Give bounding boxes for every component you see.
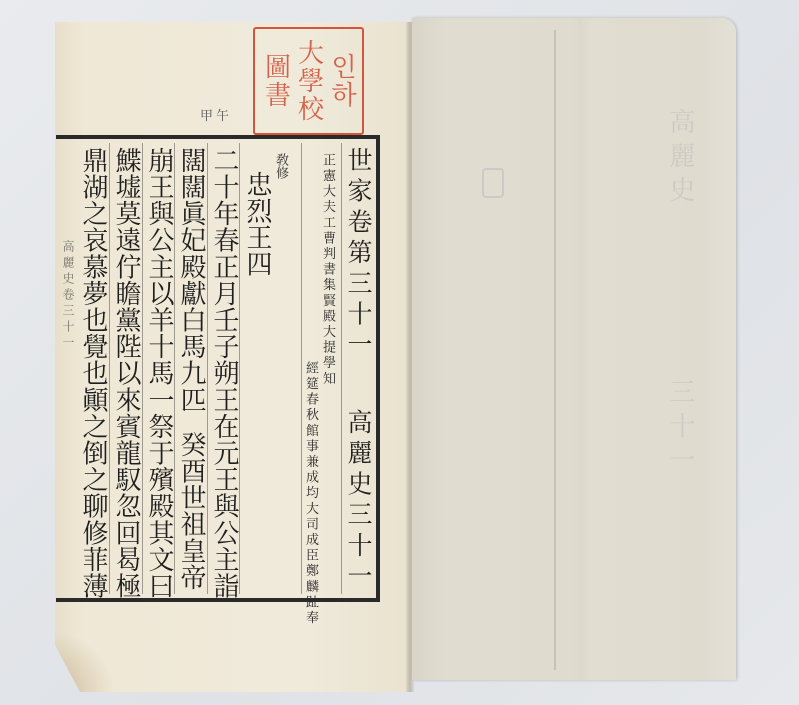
attribution-suffix: 敎修	[274, 153, 287, 179]
reign-heading: 忠烈王四	[244, 171, 270, 277]
text-column-5: 鼎湖之哀慕夢也覺也顚之倒之聊修菲薄	[80, 147, 106, 599]
seal-column: 大學校	[296, 39, 322, 123]
show-through-text: 高麗史	[662, 108, 699, 210]
faint-stamp-mark	[482, 168, 504, 198]
burn-stain	[55, 632, 115, 692]
text-column-4: 鰈墟莫遠佇瞻黨陛以來賓龍馭忽回曷極	[113, 147, 139, 599]
book-title: 高麗史三十一	[346, 409, 371, 593]
chapter-title: 世家卷第三十一	[346, 147, 371, 362]
library-seal: 인하 大學校 圖書	[253, 27, 364, 135]
column-rule	[174, 143, 175, 594]
attribution-line-1: 正憲大夫工曹判書集賢殿大提學知	[321, 153, 334, 387]
column-rule	[142, 143, 143, 594]
seal-column: 인하	[329, 53, 355, 109]
text-column-2b: 癸酉世祖皇帝	[178, 431, 204, 591]
handwritten-note: 甲午	[200, 105, 232, 124]
show-through-text: 三十一	[662, 378, 699, 480]
column-rule	[109, 143, 110, 594]
column-rule	[341, 143, 342, 594]
text-column-2a: 闊闊眞妃殿獻白馬九匹	[178, 147, 204, 413]
text-column-1: 二十年春正月壬子朔王在元王與公主詣	[211, 147, 237, 599]
column-rule	[207, 143, 208, 594]
column-rule	[301, 143, 302, 594]
seal-column: 圖書	[263, 53, 289, 109]
page-fold-line	[554, 30, 556, 670]
text-column-3: 崩王與公主以羊十馬一祭于殯殿其文曰	[146, 147, 172, 599]
print-frame: 世家卷第三十一 高麗史三十一 正憲大夫工曹判書集賢殿大提學知 經筵春秋館事兼成均…	[56, 135, 380, 602]
column-rule	[239, 143, 240, 594]
right-page: 高麗史 三十一	[412, 18, 736, 680]
attribution-line-2: 經筵春秋館事兼成均大司成臣鄭麟趾奉	[304, 361, 317, 626]
